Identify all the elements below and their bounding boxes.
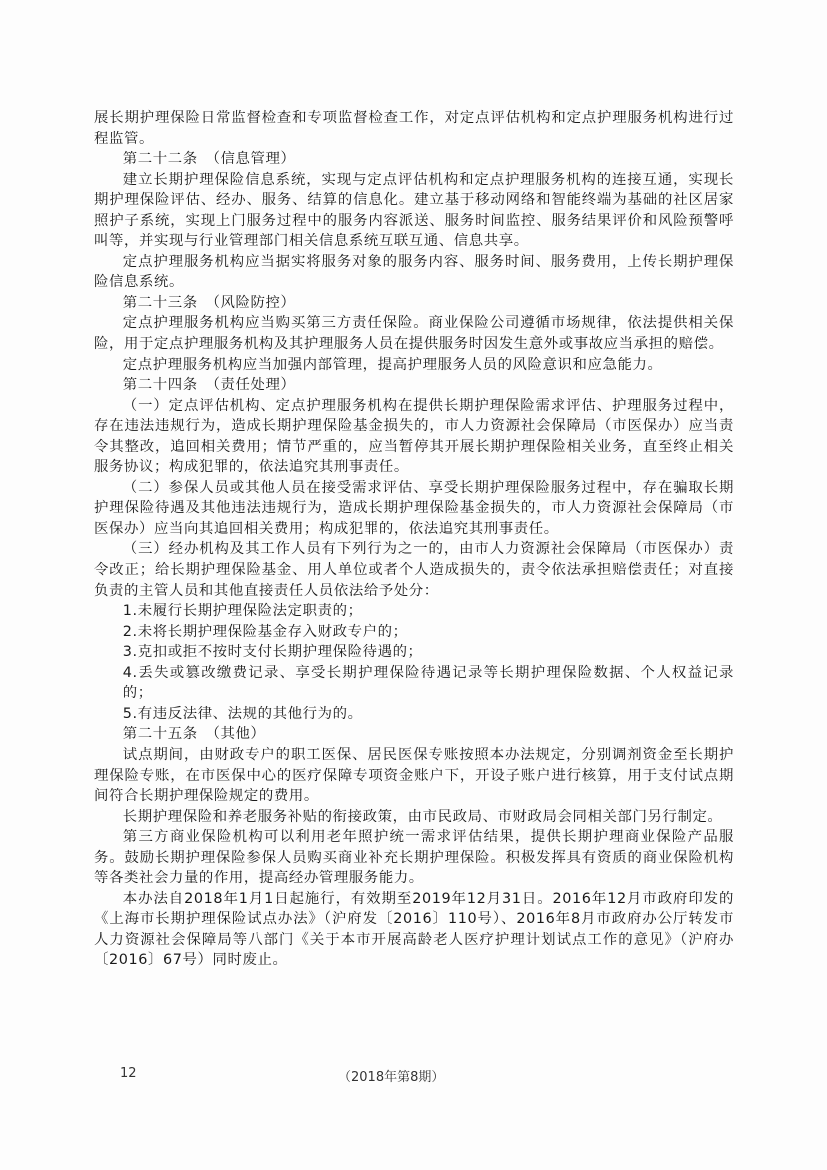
list-item: 5.有违反法律、法规的其他行为的。: [94, 704, 734, 725]
paragraph: 定点护理服务机构应当购买第三方责任保险。商业保险公司遵循市场规律，依法提供相关保…: [94, 313, 734, 354]
article-heading-23: 第二十三条 （风险防控）: [94, 293, 734, 314]
list-item: 4.丢失或篡改缴费记录、享受长期护理保险待遇记录等长期护理保险数据、个人权益记录…: [94, 663, 734, 704]
paragraph: 长期护理保险和养老服务补贴的衔接政策，由市民政局、市财政局会同相关部门另行制定。: [94, 807, 734, 828]
list-item: 3.克扣或拒不按时支付长期护理保险待遇的；: [94, 642, 734, 663]
paragraph-continued: 展长期护理保险日常监督检查和专项监督检查工作，对定点评估机构和定点护理服务机构进…: [94, 108, 734, 149]
paragraph: 定点护理服务机构应当据实将服务对象的服务内容、服务时间、服务费用，上传长期护理保…: [94, 252, 734, 293]
paragraph: （三）经办机构及其工作人员有下列行为之一的，由市人力资源社会保障局（市医保办）责…: [94, 539, 734, 601]
paragraph: （一）定点评估机构、定点护理服务机构在提供长期护理保险需求评估、护理服务过程中，…: [94, 396, 734, 478]
paragraph: 第三方商业保险机构可以利用老年照护统一需求评估结果，提供长期护理商业保险产品服务…: [94, 827, 734, 889]
paragraph: （二）参保人员或其他人员在接受需求评估、享受长期护理保险服务过程中，存在骗取长期…: [94, 478, 734, 540]
list-item: 1.未履行长期护理保险法定职责的；: [94, 601, 734, 622]
issue-label: （2018年第8期）: [338, 1066, 444, 1085]
paragraph: 建立长期护理保险信息系统，实现与定点评估机构和定点护理服务机构的连接互通，实现长…: [94, 170, 734, 252]
paragraph: 定点护理服务机构应当加强内部管理，提高护理服务人员的风险意识和应急能力。: [94, 355, 734, 376]
article-heading-22: 第二十二条 （信息管理）: [94, 149, 734, 170]
paragraph: 本办法自2018年1月1日起施行，有效期至2019年12月31日。2016年12…: [94, 889, 734, 971]
article-heading-24: 第二十四条 （责任处理）: [94, 375, 734, 396]
document-body: 展长期护理保险日常监督检查和专项监督检查工作，对定点评估机构和定点护理服务机构进…: [94, 108, 734, 971]
article-heading-25: 第二十五条 （其他）: [94, 724, 734, 745]
paragraph: 试点期间，由财政专户的职工医保、居民医保专账按照本办法规定，分别调剂资金至长期护…: [94, 745, 734, 807]
list-item: 2.未将长期护理保险基金存入财政专户的；: [94, 622, 734, 643]
document-page: 展长期护理保险日常监督检查和专项监督检查工作，对定点评估机构和定点护理服务机构进…: [0, 0, 827, 1170]
page-number: 12: [120, 1066, 137, 1081]
